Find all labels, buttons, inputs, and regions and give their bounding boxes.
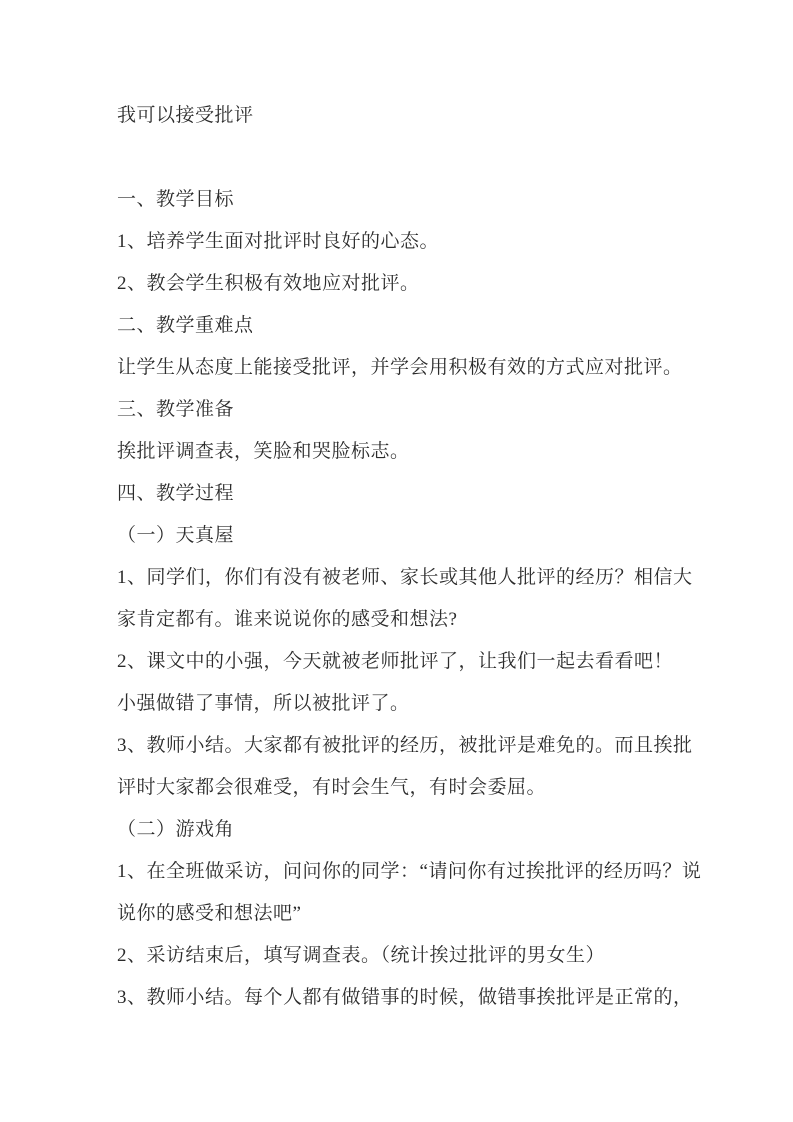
subsection-heading-tianzhenwu: （一）天真屋 xyxy=(117,515,677,557)
subsection-heading-youxijiao: （二）游戏角 xyxy=(117,809,677,851)
objective-item-1: 1、培养学生面对批评时良好的心态。 xyxy=(117,221,677,263)
document-body: 我可以接受批评 一、教学目标 1、培养学生面对批评时良好的心态。 2、教会学生积… xyxy=(117,95,677,1019)
process-item-1-line-1: 1、同学们，你们有没有被老师、家长或其他人批评的经历？相信大 xyxy=(117,557,677,599)
game-item-1-line-2: 说你的感受和想法吧” xyxy=(117,893,677,935)
process-item-2-line-1: 2、课文中的小强，今天就被老师批评了，让我们一起去看看吧！ xyxy=(117,641,677,683)
section-heading-key-points: 二、教学重难点 xyxy=(117,305,677,347)
objective-item-2: 2、教会学生积极有效地应对批评。 xyxy=(117,263,677,305)
key-points-text: 让学生从态度上能接受批评，并学会用积极有效的方式应对批评。 xyxy=(117,347,677,389)
document-page: 我可以接受批评 一、教学目标 1、培养学生面对批评时良好的心态。 2、教会学生积… xyxy=(0,0,793,1122)
game-item-2: 2、采访结束后，填写调查表。（统计挨过批评的男女生） xyxy=(117,935,677,977)
process-item-3-line-1: 3、教师小结。大家都有被批评的经历，被批评是难免的。而且挨批 xyxy=(117,725,677,767)
game-item-3: 3、教师小结。每个人都有做错事的时候，做错事挨批评是正常的， xyxy=(117,977,677,1019)
document-title: 我可以接受批评 xyxy=(117,95,677,137)
blank-line xyxy=(117,137,677,179)
preparation-text: 挨批评调查表，笑脸和哭脸标志。 xyxy=(117,431,677,473)
process-item-2-line-2: 小强做错了事情，所以被批评了。 xyxy=(117,683,677,725)
game-item-1-line-1: 1、在全班做采访，问问你的同学：“请问你有过挨批评的经历吗？说 xyxy=(117,851,677,893)
section-heading-preparation: 三、教学准备 xyxy=(117,389,677,431)
process-item-1-line-2: 家肯定都有。谁来说说你的感受和想法? xyxy=(117,599,677,641)
process-item-3-line-2: 评时大家都会很难受，有时会生气，有时会委屈。 xyxy=(117,767,677,809)
section-heading-objectives: 一、教学目标 xyxy=(117,179,677,221)
section-heading-process: 四、教学过程 xyxy=(117,473,677,515)
